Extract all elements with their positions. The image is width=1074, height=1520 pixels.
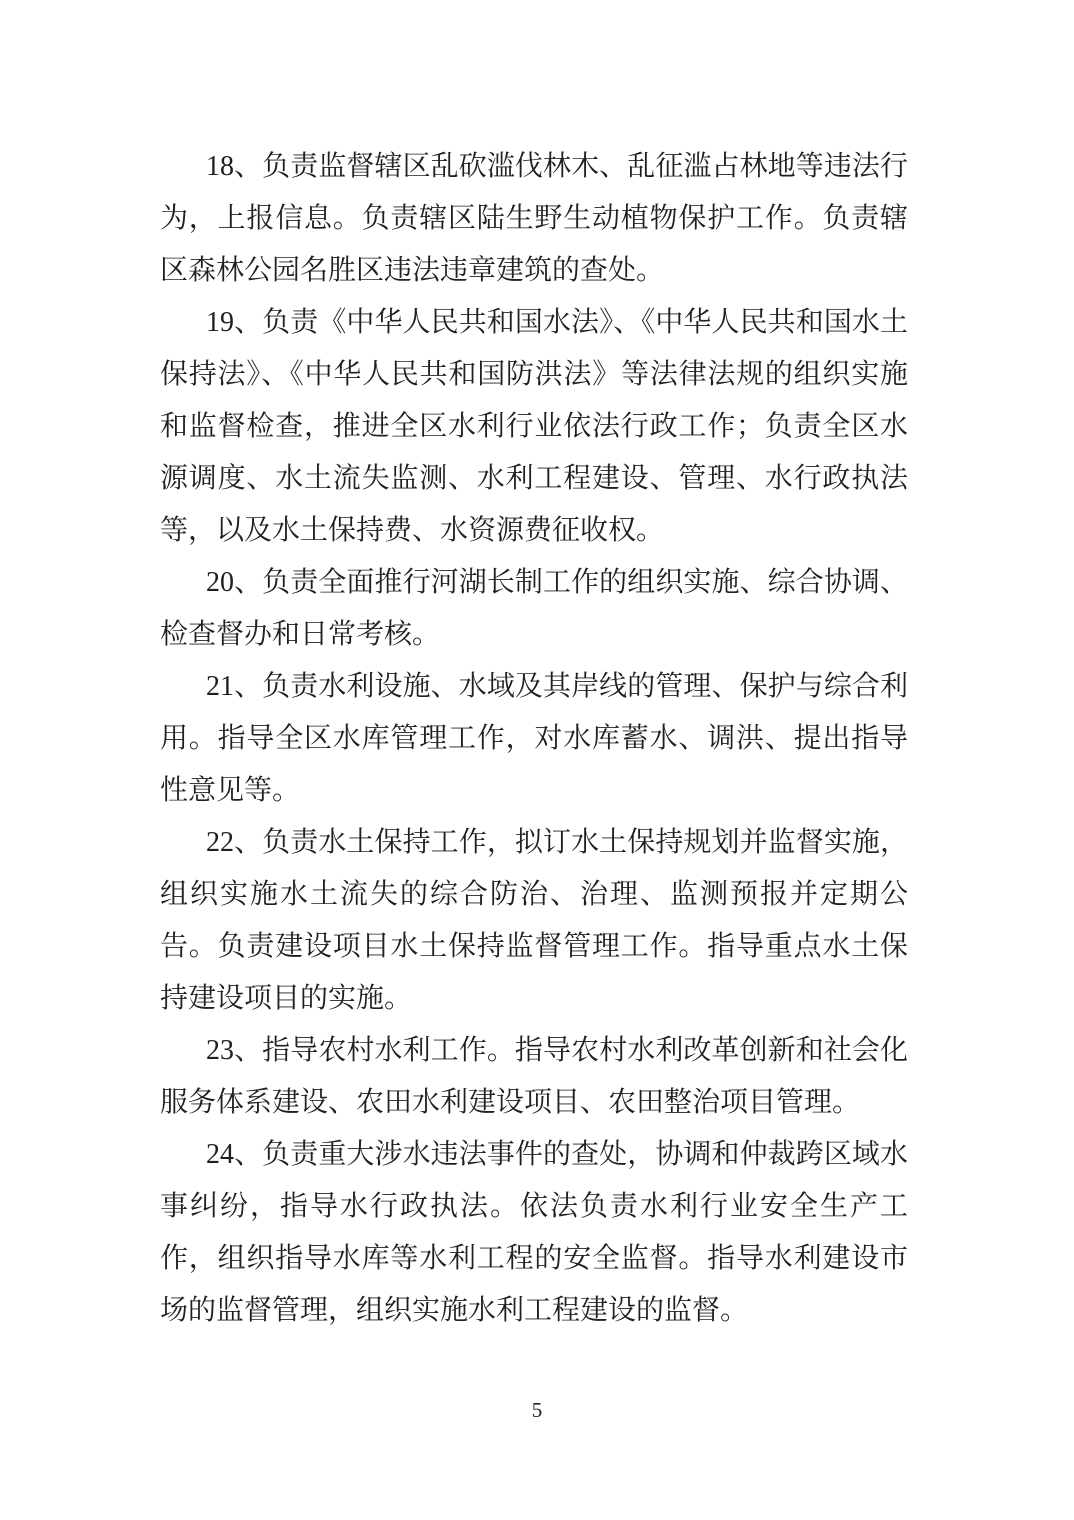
- page-footer: 5: [0, 1398, 1074, 1423]
- document-page: 18、负责监督辖区乱砍滥伐林木、乱征滥占林地等违法行为，上报信息。负责辖区陆生野…: [0, 0, 1074, 1520]
- paragraph-item-24: 24、负责重大涉水违法事件的查处，协调和仲裁跨区域水事纠纷，指导水行政执法。依法…: [160, 1129, 908, 1337]
- paragraph-item-19: 19、负责《中华人民共和国水法》、《中华人民共和国水土保持法》、《中华人民共和国…: [160, 297, 908, 557]
- paragraph-item-20: 20、负责全面推行河湖长制工作的组织实施、综合协调、检查督办和日常考核。: [160, 557, 908, 661]
- paragraph-item-22: 22、负责水土保持工作，拟订水土保持规划并监督实施，组织实施水土流失的综合防治、…: [160, 817, 908, 1025]
- paragraph-item-23: 23、指导农村水利工作。指导农村水利改革创新和社会化服务体系建设、农田水利建设项…: [160, 1025, 908, 1129]
- document-body-text: 18、负责监督辖区乱砍滥伐林木、乱征滥占林地等违法行为，上报信息。负责辖区陆生野…: [160, 141, 908, 1337]
- paragraph-item-18: 18、负责监督辖区乱砍滥伐林木、乱征滥占林地等违法行为，上报信息。负责辖区陆生野…: [160, 141, 908, 297]
- paragraph-item-21: 21、负责水利设施、水域及其岸线的管理、保护与综合利用。指导全区水库管理工作，对…: [160, 661, 908, 817]
- page-number: 5: [532, 1398, 543, 1422]
